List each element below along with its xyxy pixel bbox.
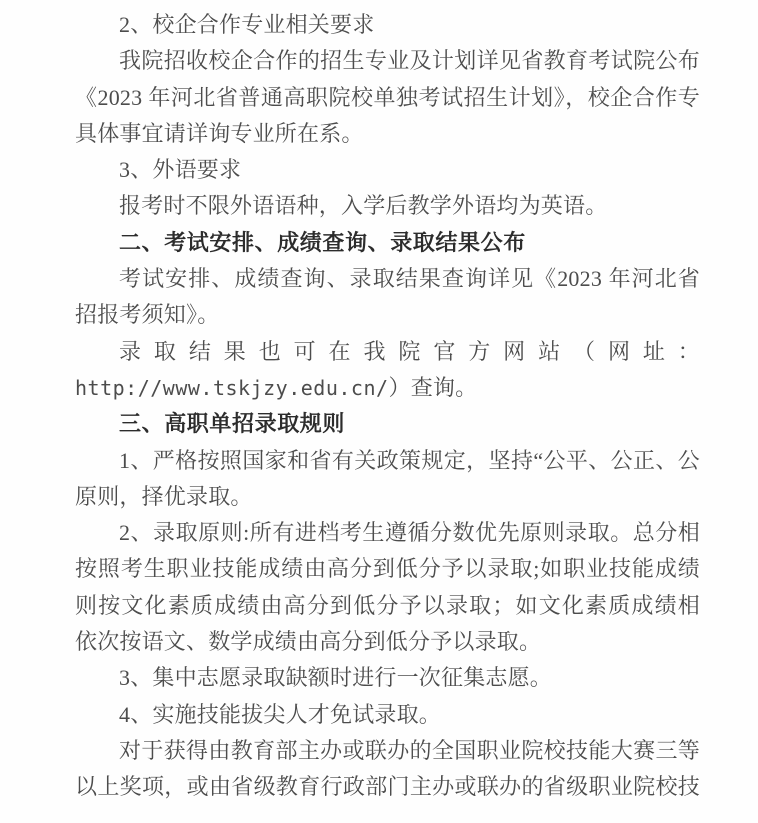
doc-line: 按照考生职业技能成绩由高分到低分予以录取;如职业技能成绩相同， (75, 551, 700, 587)
doc-line: 3、集中志愿录取缺额时进行一次征集志愿。 (75, 660, 700, 696)
doc-line: 对于获得由教育部主办或联办的全国职业院校技能大赛三等奖及 (75, 733, 700, 769)
doc-line: 考试安排、成绩查询、录取结果查询详见《2023 年河北省高职单 (75, 261, 700, 297)
document-page: 2、校企合作专业相关要求 我院招收校企合作的招生专业及计划详见省教育考试院公布的… (0, 0, 758, 823)
doc-line: 2、校企合作专业相关要求 (75, 7, 700, 43)
website-url: http://www.tskjzy.edu.cn/ (75, 376, 389, 400)
doc-line-spread: 录 取 结 果 也 可 在 我 院 官 方 网 站 （ 网 址 ： (75, 334, 700, 370)
doc-line: 招报考须知》。 (75, 297, 700, 333)
doc-line: 则按文化素质成绩由高分到低分予以录取；如文化素质成绩相同，则 (75, 588, 700, 624)
doc-line: 以上奖项，或由省级教育行政部门主办或联办的省级职业院校技能大 (75, 769, 700, 805)
doc-line: 4、实施技能拔尖人才免试录取。 (75, 697, 700, 733)
doc-line: 我院招收校企合作的招生专业及计划详见省教育考试院公布的 (75, 43, 700, 79)
doc-line: 3、外语要求 (75, 152, 700, 188)
section-heading-2: 二、考试安排、成绩查询、录取结果公布 (75, 225, 700, 261)
section-heading-3: 三、高职单招录取规则 (75, 406, 700, 442)
doc-line: 具体事宜请详询专业所在系。 (75, 116, 700, 152)
doc-line-url: http://www.tskjzy.edu.cn/）查询。 (75, 370, 700, 406)
doc-line: 2、录取原则:所有进档考生遵循分数优先原则录取。总分相同时， (75, 515, 700, 551)
doc-line: 报考时不限外语语种，入学后教学外语均为英语。 (75, 188, 700, 224)
doc-line: 《2023 年河北省普通高职院校单独考试招生计划》，校企合作专业的 (75, 80, 700, 116)
url-suffix: ）查询。 (389, 375, 478, 400)
doc-line: 原则，择优录取。 (75, 479, 700, 515)
doc-line: 1、严格按照国家和省有关政策规定，坚持“公平、公正、公开” (75, 443, 700, 479)
doc-line: 依次按语文、数学成绩由高分到低分予以录取。 (75, 624, 700, 660)
